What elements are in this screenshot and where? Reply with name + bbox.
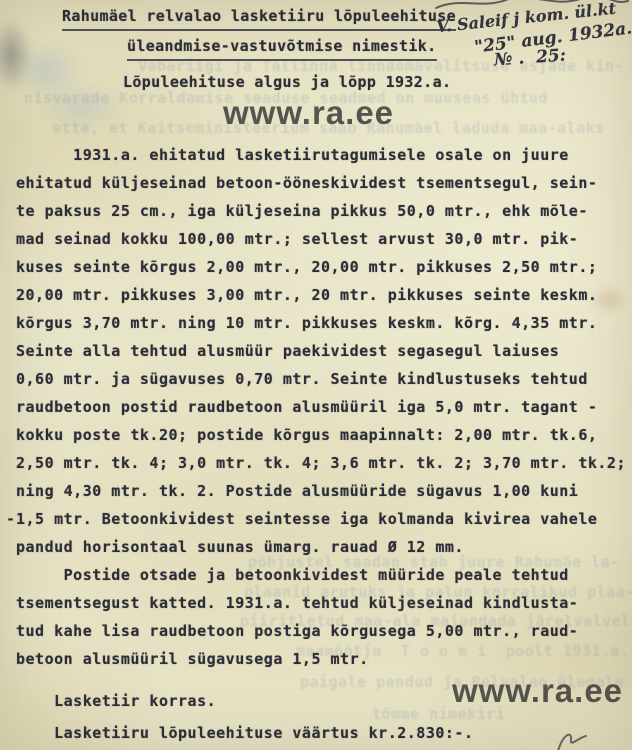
stray-margin-mark: - — [6, 505, 15, 533]
handwriting-cutoff-squiggle-icon — [432, 0, 632, 12]
typed-line: mad seinad kokku 100,00 mtr.; sellest ar… — [16, 225, 622, 253]
typed-line: Postide otsade ja betoonkividest müüride… — [16, 561, 622, 589]
archive-watermark-top: www.ra.ee — [223, 96, 394, 129]
typed-line: ning 4,30 mtr. tk. 2. Postide alusmüürid… — [16, 477, 622, 505]
typed-line: betoon alusmüüril sügavusega 1,5 mtr. — [16, 645, 622, 673]
scanned-document-page: Vabariigi ja Tallinna linnaomavalitsuse … — [0, 0, 632, 750]
document-body: 1931.a. ehitatud lasketiirutagumisele os… — [16, 141, 622, 673]
typed-line: Seinte alla tehtud alusmüür paekividest … — [16, 337, 622, 365]
typed-line: kõrgus 3,70 mtr. ning 10 mtr. pikkuses k… — [16, 309, 622, 337]
closing-line-condition: Lasketiir korras. — [16, 687, 622, 715]
typed-line: tud kahe lisa raudbetoon postiga kõrguse… — [16, 617, 622, 645]
handwriting-line-date: "25" aug. 1932a. — [474, 20, 632, 56]
typed-line: 0,60 mtr. ja sügavuses 0,70 mtr. Seinte … — [16, 365, 622, 393]
document-title-line1: Rahumäel relvalao lasketiiru lõpuleehitu… — [62, 6, 456, 31]
handwriting-line-signature: V. Saleif j kom. ül.kt — [436, 1, 617, 36]
typed-line: raudbetoon postid raudbetoon alusmüüril … — [16, 393, 622, 421]
document-closing: Lasketiir korras. Lasketiiru lõpuleehitu… — [16, 673, 622, 747]
document-subtitle: Lõpuleehituse algus ja lõpp 1932.a. — [123, 72, 451, 92]
typed-line: pandud horisontaal suunas ümarg. rauad Ø… — [16, 533, 622, 561]
faded-stamp-mark — [36, 82, 126, 132]
typed-line: 1,5 mtr. Betoonkividest seintesse iga ko… — [16, 505, 622, 533]
page-corner-shadow — [0, 20, 32, 90]
typed-line: 20,00 mtr. pikkuses 3,00 mtr., 20 mtr. p… — [16, 281, 622, 309]
handwriting-line-number: № . 25: — [493, 48, 566, 70]
typed-line: kokku poste tk.20; postide kõrgus maapin… — [16, 421, 622, 449]
typed-line: 1931.a. ehitatud lasketiirutagumisele os… — [16, 141, 622, 169]
document-title-line2: üleandmise-vastuvõtmise nimestik. — [127, 36, 437, 61]
faded-stamp-mark — [8, 40, 86, 100]
closing-line-value: Lasketiiru lõpuleehituse väärtus kr.2.83… — [16, 719, 622, 747]
typed-line: kuses seinte kõrgus 2,00 mtr., 20,00 mtr… — [16, 253, 622, 281]
typed-line: 2,50 mtr. tk. 4; 3,0 mtr. tk. 4; 3,6 mtr… — [16, 449, 622, 477]
typed-line: tsementsegust katted. 1931.a. tehtud kül… — [16, 589, 622, 617]
typed-line: ehitatud küljeseinad betoon-ööneskivides… — [16, 169, 622, 197]
typed-line: te paksus 25 cm., iga küljeseina pikkus … — [16, 197, 622, 225]
